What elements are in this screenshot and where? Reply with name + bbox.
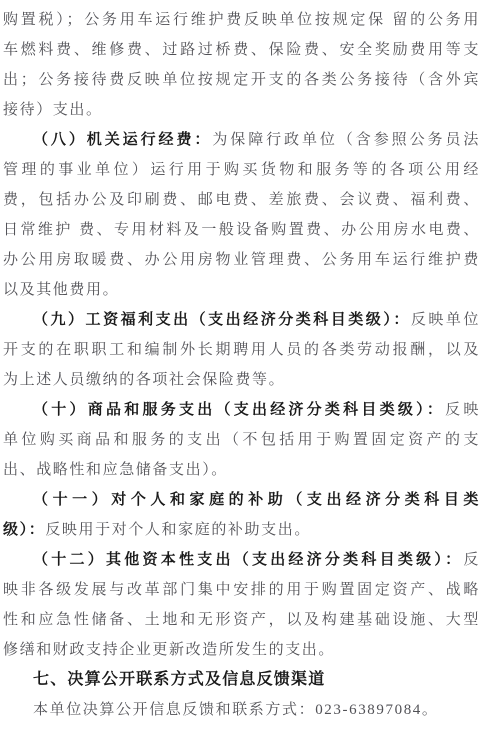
section-12-first-line: （十二）其他资本性支出（支出经济分类科目类级）：反 bbox=[3, 545, 480, 575]
text-segment: 修缮和财政支持企业更新改造所发生的支出。 bbox=[3, 642, 335, 658]
text-line: 映非各级发展与改革部门集中安排的用于购置固定资产、战略 bbox=[3, 575, 480, 605]
section-9-first-line: （九）工资福利支出（支出经济分类科目类级）：反映单位 bbox=[3, 305, 480, 335]
text-segment: 性和应急性储备、土地和无形资产，以及构建基础设施、大型 bbox=[3, 612, 480, 628]
text-segment: 以及其他费用。 bbox=[3, 282, 119, 298]
bold-text-segment: （九）工资福利支出（支出经济分类科目类级）： bbox=[33, 312, 411, 328]
text-line: 以及其他费用。 bbox=[3, 275, 480, 305]
text-segment: 购置税）；公务用车运行维护费反映单位按规定保 留的公务用 bbox=[3, 12, 480, 28]
text-segment: 为上述人员缴纳的各项社会保险费等。 bbox=[3, 372, 285, 388]
text-line: 为上述人员缴纳的各项社会保险费等。 bbox=[3, 365, 480, 395]
text-line: 管理的事业单位）运行用于购买货物和服务等的各项公用经 bbox=[3, 155, 480, 185]
section-10-first-line: （十）商品和服务支出（支出经济分类科目类级）：反映 bbox=[3, 395, 480, 425]
text-line: 购置税）；公务用车运行维护费反映单位按规定保 留的公务用 bbox=[3, 5, 480, 35]
text-line: 出；公务接待费反映单位按规定开支的各类公务接待（含外宾 bbox=[3, 65, 480, 95]
text-line: 车燃料费、维修费、过路过桥费、保险费、安全奖励费用等支 bbox=[3, 35, 480, 65]
text-line: 单位购买商品和服务的支出（不包括用于购置固定资产的支 bbox=[3, 425, 480, 455]
text-segment: 费，包括办公及印刷费、邮电费、差旅费、会议费、福利费、 bbox=[3, 192, 480, 208]
bold-text-segment: 七、决算公开联系方式及信息反馈渠道 bbox=[33, 671, 325, 688]
text-line: 费，包括办公及印刷费、邮电费、差旅费、会议费、福利费、 bbox=[3, 185, 480, 215]
section-heading-contact: 七、决算公开联系方式及信息反馈渠道 bbox=[3, 665, 480, 695]
text-line: 办公用房取暖费、办公用房物业管理费、公务用车运行维护费 bbox=[3, 245, 480, 275]
text-segment: 映非各级发展与改革部门集中安排的用于购置固定资产、战略 bbox=[3, 582, 480, 598]
text-segment: 反映 bbox=[445, 402, 480, 418]
document-body: 购置税）；公务用车运行维护费反映单位按规定保 留的公务用车燃料费、维修费、过路过… bbox=[3, 5, 480, 725]
text-segment: 为保障行政单位（含参照公务员法 bbox=[212, 132, 480, 148]
bold-text-segment: （八）机关运行经费： bbox=[33, 132, 212, 148]
contact-info-line: 本单位决算公开信息反馈和联系方式：023-63897084。 bbox=[3, 695, 480, 725]
bold-text-segment: 级）： bbox=[3, 522, 45, 538]
text-segment: 出、战略性和应急储备支出）。 bbox=[3, 462, 228, 478]
text-line: 出、战略性和应急储备支出）。 bbox=[3, 455, 480, 485]
text-segment: 接待）支出。 bbox=[3, 102, 103, 118]
text-segment: 开支的在职职工和编制外长期聘用人员的各类劳动报酬，以及 bbox=[3, 342, 480, 358]
bold-text-segment: （十）商品和服务支出（支出经济分类科目类级）： bbox=[33, 402, 445, 418]
text-line: 日常维护 费、专用材料及一般设备购置费、办公用房水电费、 bbox=[3, 215, 480, 245]
text-line: 级）：反映用于对个人和家庭的补助支出。 bbox=[3, 515, 480, 545]
text-segment: 车燃料费、维修费、过路过桥费、保险费、安全奖励费用等支 bbox=[3, 42, 480, 58]
text-segment: 单位购买商品和服务的支出（不包括用于购置固定资产的支 bbox=[3, 432, 480, 448]
bold-text-segment: （十二）其他资本性支出（支出经济分类科目类级）： bbox=[33, 552, 463, 568]
text-line: 开支的在职职工和编制外长期聘用人员的各类劳动报酬，以及 bbox=[3, 335, 480, 365]
section-8-first-line: （八）机关运行经费：为保障行政单位（含参照公务员法 bbox=[3, 125, 480, 155]
text-segment: 管理的事业单位）运行用于购买货物和服务等的各项公用经 bbox=[3, 162, 480, 178]
text-line: 接待）支出。 bbox=[3, 95, 480, 125]
text-segment: 日常维护 费、专用材料及一般设备购置费、办公用房水电费、 bbox=[3, 222, 480, 238]
text-segment: 反映单位 bbox=[411, 312, 480, 328]
text-segment: 出；公务接待费反映单位按规定开支的各类公务接待（含外宾 bbox=[3, 72, 480, 88]
text-segment: 办公用房取暖费、办公用房物业管理费、公务用车运行维护费 bbox=[3, 252, 480, 268]
document-page: 购置税）；公务用车运行维护费反映单位按规定保 留的公务用车燃料费、维修费、过路过… bbox=[0, 0, 487, 737]
section-11-first-line: （十一）对个人和家庭的补助（支出经济分类科目类 bbox=[3, 485, 480, 515]
text-segment: 反 bbox=[463, 552, 480, 568]
text-segment: 本单位决算公开信息反馈和联系方式：023-63897084。 bbox=[33, 702, 439, 718]
text-line: 性和应急性储备、土地和无形资产，以及构建基础设施、大型 bbox=[3, 605, 480, 635]
bold-text-segment: （十一）对个人和家庭的补助（支出经济分类科目类 bbox=[33, 492, 480, 508]
text-line: 修缮和财政支持企业更新改造所发生的支出。 bbox=[3, 635, 480, 665]
text-segment: 反映用于对个人和家庭的补助支出。 bbox=[45, 522, 311, 538]
